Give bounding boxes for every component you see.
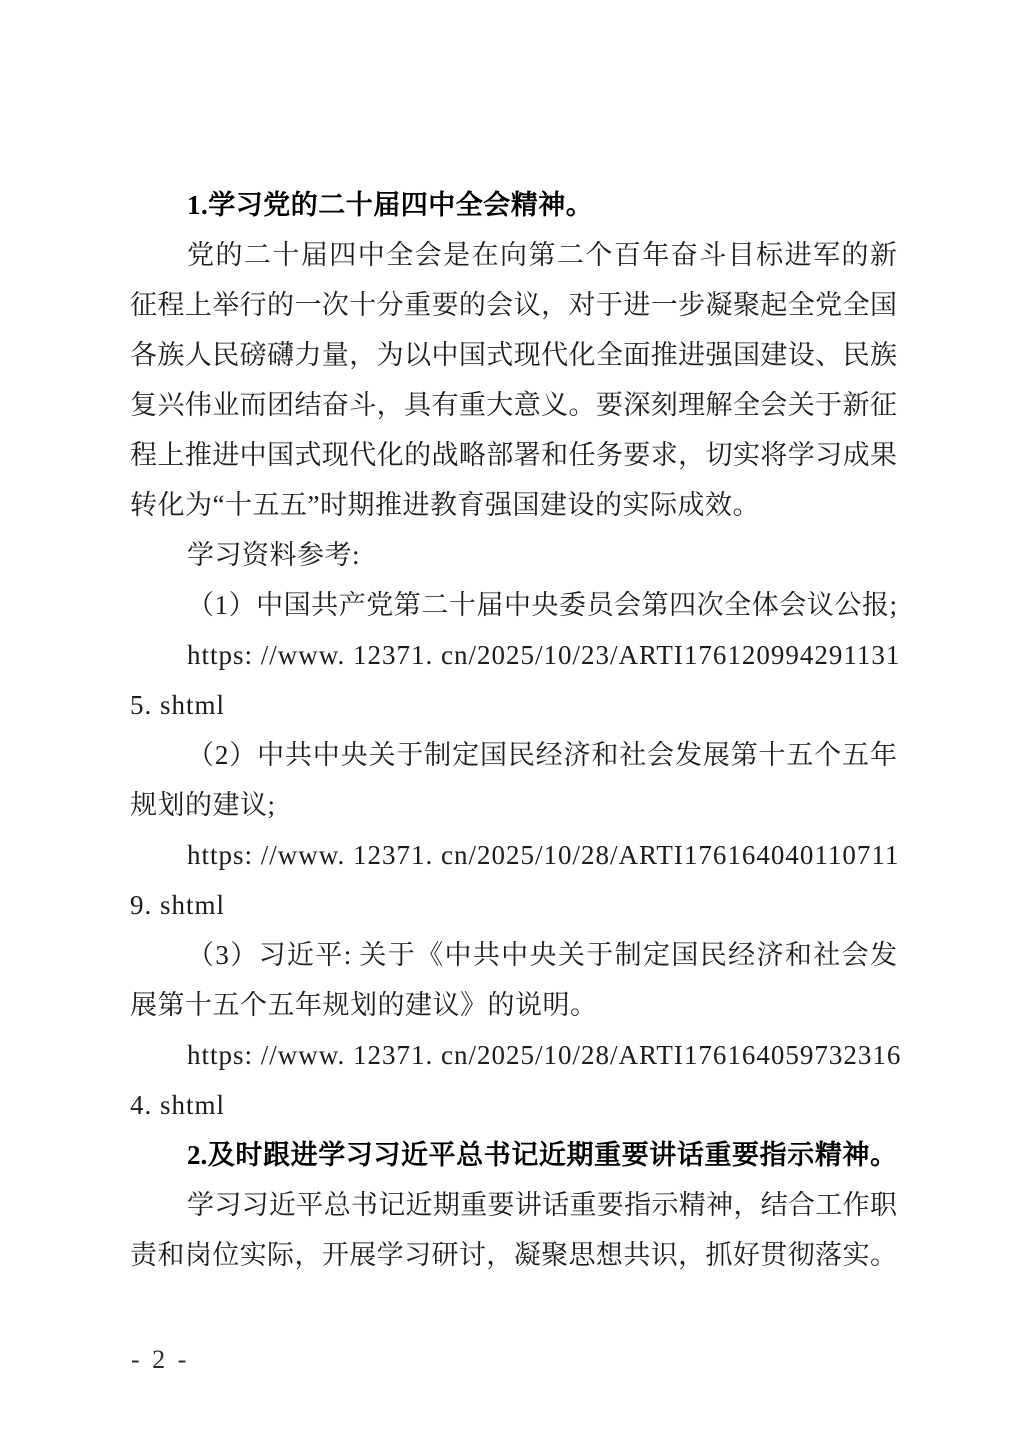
text-line: 规划的建议; xyxy=(130,780,897,830)
text-line: 转化为“十五五”时期推进教育强国建设的实际成效。 xyxy=(130,480,897,530)
text-line: （2）中共中央关于制定国民经济和社会发展第十五个五年 xyxy=(130,730,897,780)
text-line: （1）中国共产党第二十届中央委员会第四次全体会议公报; xyxy=(130,580,897,630)
text-line: 学习习近平总书记近期重要讲话重要指示精神，结合工作职 xyxy=(130,1180,897,1230)
document-page: 1.学习党的二十届四中全会精神。党的二十届四中全会是在向第二个百年奋斗目标进军的… xyxy=(0,0,1024,1448)
text-line: 程上推进中国式现代化的战略部署和任务要求，切实将学习成果 xyxy=(130,430,897,480)
url-line: https: //www. 12371. cn/2025/10/28/ARTI1… xyxy=(130,1030,897,1080)
url-line: 5. shtml xyxy=(130,680,897,730)
text-line: 各族人民磅礴力量，为以中国式现代化全面推进强国建设、民族 xyxy=(130,330,897,380)
url-line: 9. shtml xyxy=(130,880,897,930)
url-line: https: //www. 12371. cn/2025/10/23/ARTI1… xyxy=(130,630,897,680)
text-block: 1.学习党的二十届四中全会精神。党的二十届四中全会是在向第二个百年奋斗目标进军的… xyxy=(130,180,897,1280)
url-line: 4. shtml xyxy=(130,1080,897,1130)
page-number: - 2 - xyxy=(131,1340,189,1380)
text-line: 征程上举行的一次十分重要的会议，对于进一步凝聚起全党全国 xyxy=(130,280,897,330)
text-line: 展第十五个五年规划的建议》的说明。 xyxy=(130,980,897,1030)
text-line: （3）习近平: 关于《中共中央关于制定国民经济和社会发 xyxy=(130,930,897,980)
heading-line: 2.及时跟进学习习近平总书记近期重要讲话重要指示精神。 xyxy=(130,1130,897,1180)
text-line: 党的二十届四中全会是在向第二个百年奋斗目标进军的新 xyxy=(130,230,897,280)
text-line: 复兴伟业而团结奋斗，具有重大意义。要深刻理解全会关于新征 xyxy=(130,380,897,430)
text-line: 责和岗位实际，开展学习研讨，凝聚思想共识，抓好贯彻落实。 xyxy=(130,1230,897,1280)
heading-line: 1.学习党的二十届四中全会精神。 xyxy=(130,180,897,230)
text-line: 学习资料参考: xyxy=(130,530,897,580)
url-line: https: //www. 12371. cn/2025/10/28/ARTI1… xyxy=(130,830,897,880)
